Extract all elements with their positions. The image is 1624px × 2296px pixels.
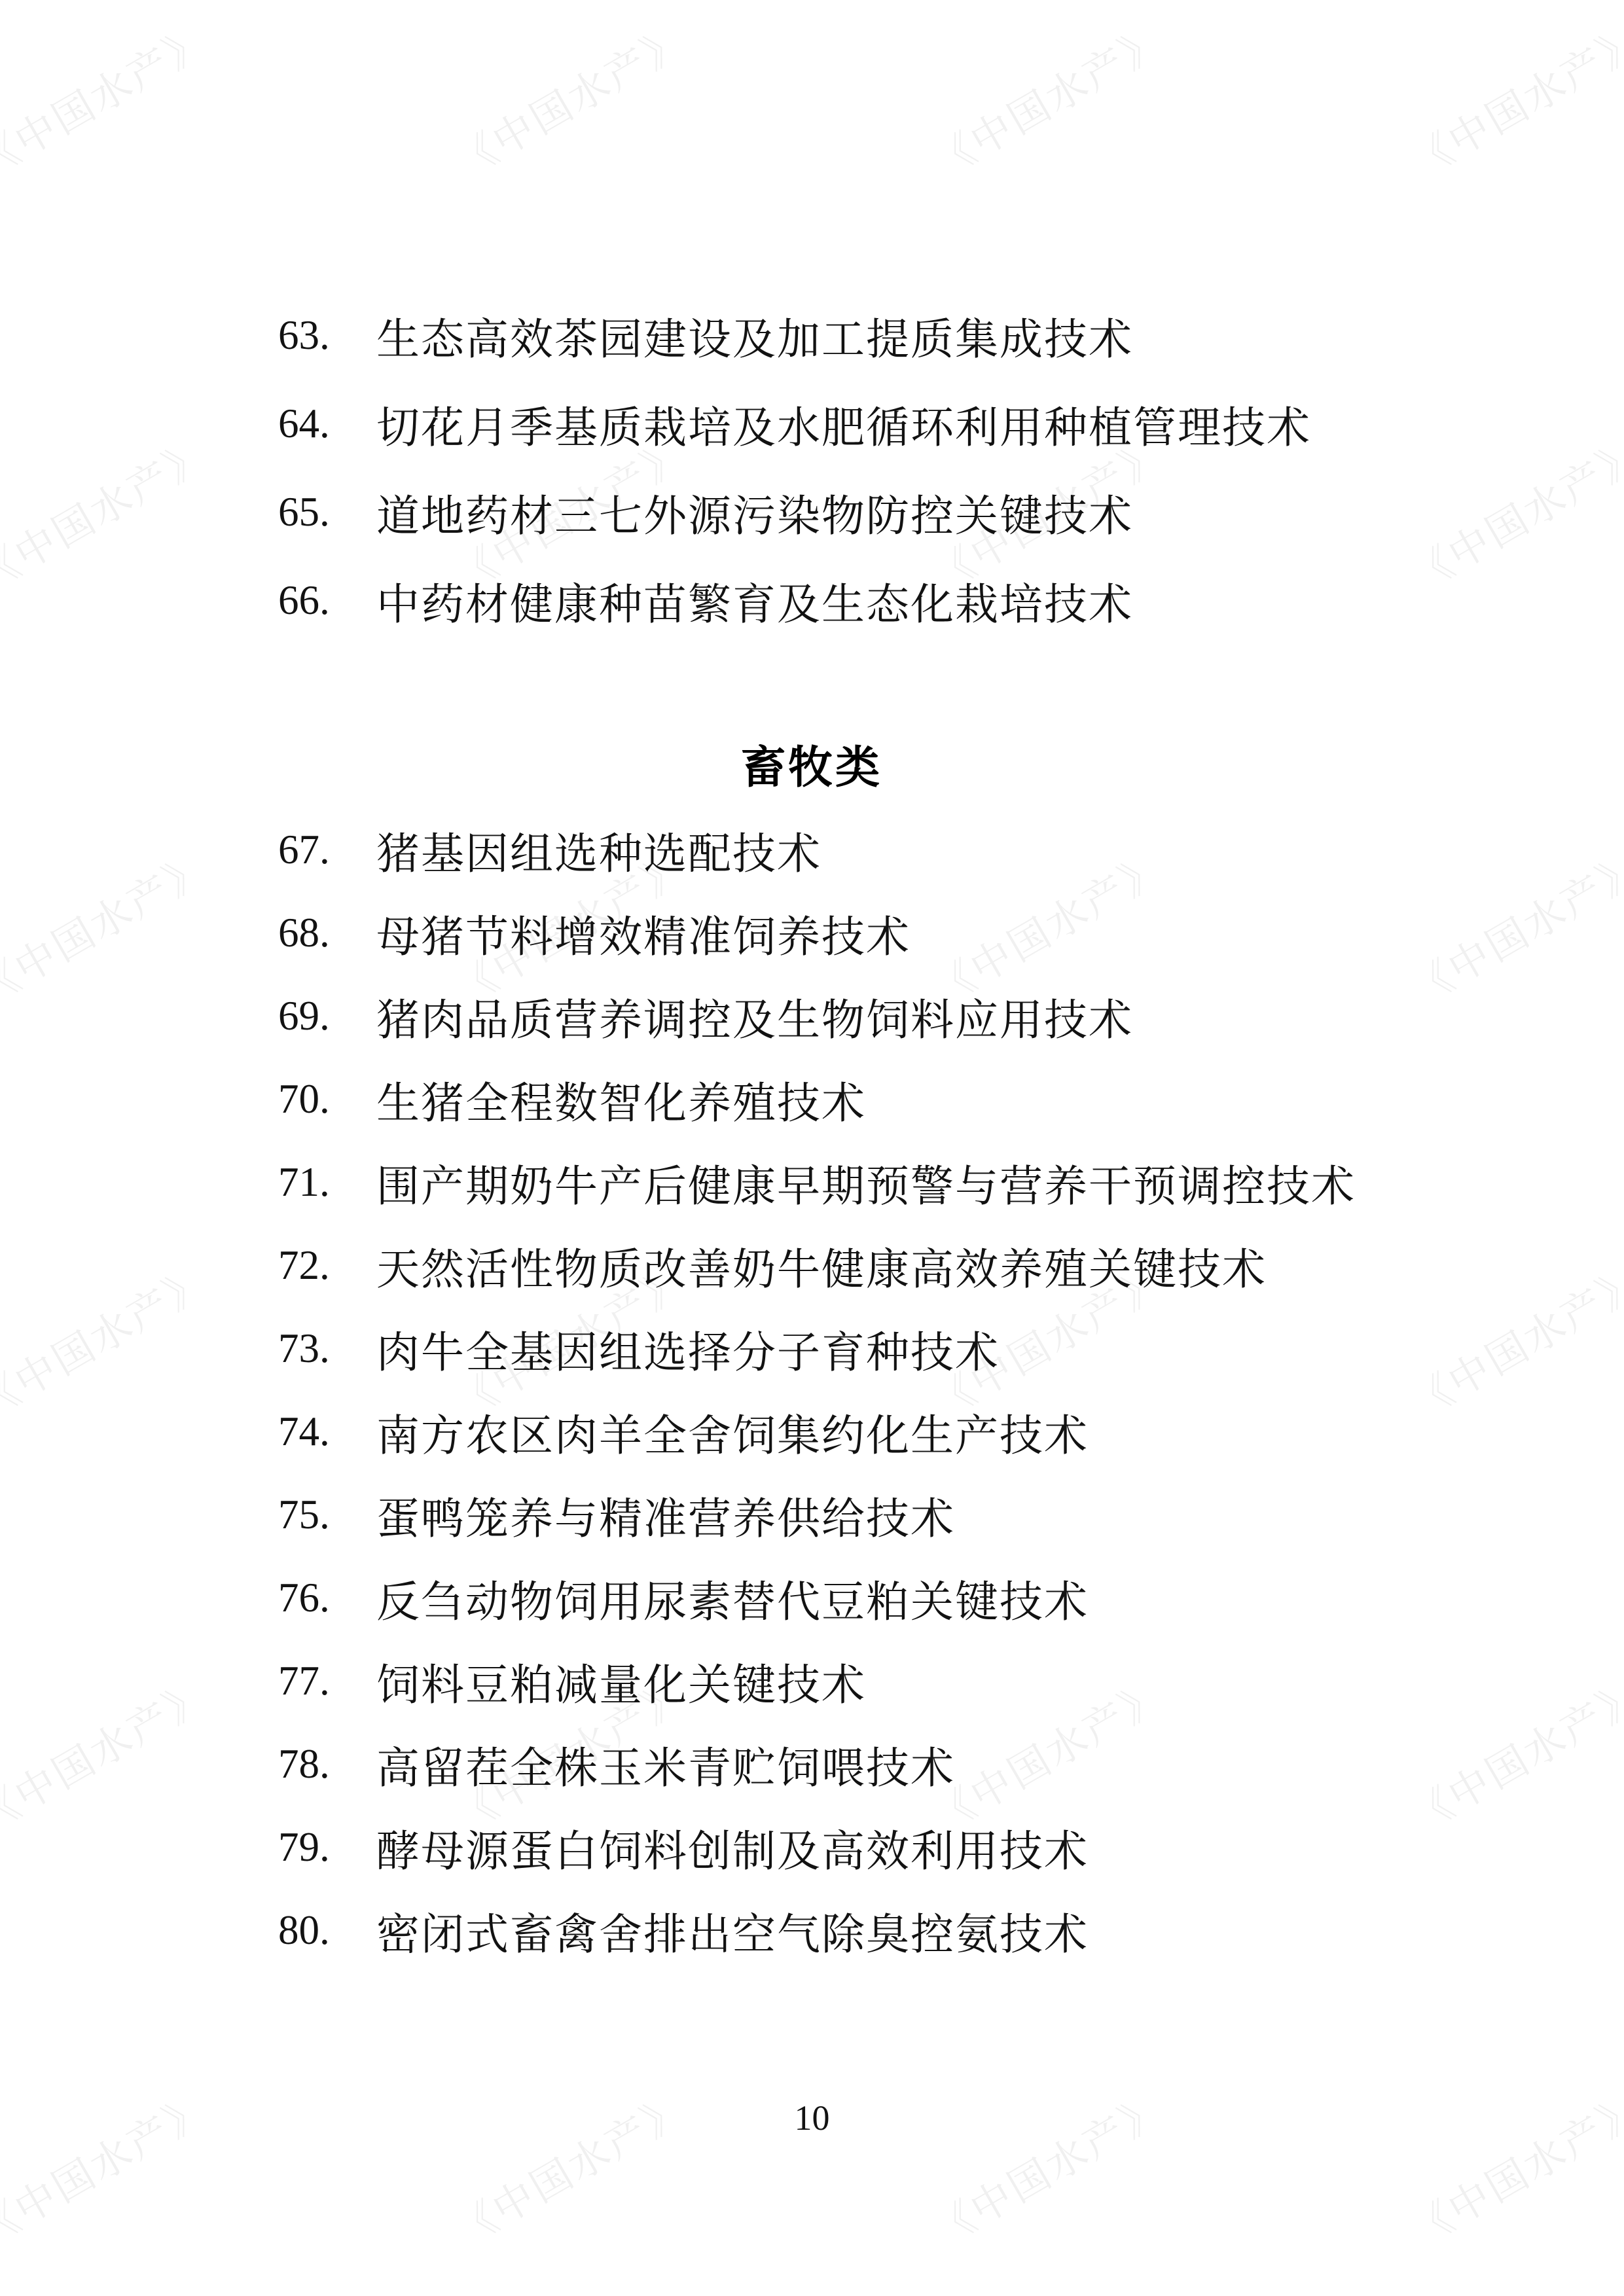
list-item: 78.高留茬全株玉米青贮饲喂技术 (278, 1723, 1456, 1806)
item-number: 69. (278, 992, 376, 1040)
list-section-after: 67.猪基因组选种选配技术68.母猪节料增效精准饲养技术69.猪肉品质营养调控及… (278, 808, 1456, 1972)
list-item: 70.生猪全程数智化养殖技术 (278, 1058, 1456, 1141)
item-number: 68. (278, 909, 376, 957)
watermark-text: 《中国水产》 (0, 8, 219, 188)
watermark-text: 《中国水产》 (920, 8, 1174, 188)
item-title: 蛋鸭笼养与精准营养供给技术 (376, 1484, 955, 1546)
list-item: 76.反刍动物饲用尿素替代豆粕关键技术 (278, 1556, 1456, 1640)
item-number: 66. (278, 577, 376, 624)
item-number: 73. (278, 1325, 376, 1372)
list-item: 74.南方农区肉羊全舍饲集约化生产技术 (278, 1390, 1456, 1473)
item-title: 生态高效茶园建设及加工提质集成技术 (376, 304, 1133, 367)
watermark-text: 《中国水产》 (0, 835, 219, 1015)
item-number: 71. (278, 1158, 376, 1206)
item-title: 猪基因组选种选配技术 (376, 819, 821, 881)
list-item: 64.切花月季基质栽培及水肥循环利用种植管理技术 (278, 380, 1456, 468)
page-number: 10 (0, 2098, 1624, 2138)
item-number: 64. (278, 400, 376, 448)
item-title: 天然活性物质改善奶牛健康高效养殖关键技术 (376, 1234, 1267, 1297)
list-item: 79.酵母源蛋白饲料创制及高效利用技术 (278, 1806, 1456, 1889)
list-item: 71.围产期奶牛产后健康早期预警与营养干预调控技术 (278, 1141, 1456, 1224)
item-number: 80. (278, 1907, 376, 1954)
list-item: 69.猪肉品质营养调控及生物饲料应用技术 (278, 975, 1456, 1058)
item-title: 切花月季基质栽培及水肥循环利用种植管理技术 (376, 393, 1311, 455)
item-number: 63. (278, 312, 376, 359)
item-number: 67. (278, 826, 376, 874)
section-heading: 畜牧类 (278, 720, 1345, 808)
watermark-text: 《中国水产》 (0, 1662, 219, 1842)
list-item: 67.猪基因组选种选配技术 (278, 808, 1456, 891)
watermark-text: 《中国水产》 (442, 8, 696, 188)
list-section-before: 63.生态高效茶园建设及加工提质集成技术64.切花月季基质栽培及水肥循环利用种植… (278, 291, 1456, 645)
watermark-text: 《中国水产》 (1398, 8, 1624, 188)
list-item: 66.中药材健康种苗繁育及生态化栽培技术 (278, 556, 1456, 645)
item-title: 围产期奶牛产后健康早期预警与营养干预调控技术 (376, 1151, 1356, 1213)
list-item: 80.密闭式畜禽舍排出空气除臭控氨技术 (278, 1889, 1456, 1972)
item-title: 肉牛全基因组选择分子育种技术 (376, 1318, 1000, 1380)
item-title: 酵母源蛋白饲料创制及高效利用技术 (376, 1816, 1089, 1878)
list-item: 75.蛋鸭笼养与精准营养供给技术 (278, 1473, 1456, 1556)
list-item: 65.道地药材三七外源污染物防控关键技术 (278, 468, 1456, 556)
document-page: 《中国水产》《中国水产》《中国水产》《中国水产》《中国水产》《中国水产》《中国水… (0, 0, 1624, 2296)
content-area: 63.生态高效茶园建设及加工提质集成技术64.切花月季基质栽培及水肥循环利用种植… (278, 291, 1456, 1972)
item-number: 72. (278, 1242, 376, 1289)
item-title: 反刍动物饲用尿素替代豆粕关键技术 (376, 1567, 1089, 1629)
list-item: 68.母猪节料增效精准饲养技术 (278, 891, 1456, 975)
item-title: 道地药材三七外源污染物防控关键技术 (376, 481, 1133, 543)
list-item: 73.肉牛全基因组选择分子育种技术 (278, 1307, 1456, 1390)
list-item: 72.天然活性物质改善奶牛健康高效养殖关键技术 (278, 1224, 1456, 1307)
item-number: 77. (278, 1657, 376, 1705)
list-item: 77.饲料豆粕减量化关键技术 (278, 1640, 1456, 1723)
watermark-text: 《中国水产》 (0, 422, 219, 601)
list-item: 63.生态高效茶园建设及加工提质集成技术 (278, 291, 1456, 380)
item-title: 密闭式畜禽舍排出空气除臭控氨技术 (376, 1899, 1089, 1962)
item-title: 中药材健康种苗繁育及生态化栽培技术 (376, 569, 1133, 632)
item-title: 南方农区肉羊全舍饲集约化生产技术 (376, 1401, 1089, 1463)
item-number: 74. (278, 1408, 376, 1456)
item-number: 70. (278, 1075, 376, 1123)
item-title: 高留茬全株玉米青贮饲喂技术 (376, 1733, 955, 1795)
item-title: 生猪全程数智化养殖技术 (376, 1068, 866, 1130)
item-number: 78. (278, 1740, 376, 1788)
item-number: 76. (278, 1574, 376, 1622)
item-number: 79. (278, 1823, 376, 1871)
item-title: 猪肉品质营养调控及生物饲料应用技术 (376, 985, 1133, 1047)
item-number: 75. (278, 1491, 376, 1539)
watermark-text: 《中国水产》 (0, 1249, 219, 1429)
item-title: 饲料豆粕减量化关键技术 (376, 1650, 866, 1712)
item-title: 母猪节料增效精准饲养技术 (376, 902, 911, 964)
item-number: 65. (278, 488, 376, 536)
